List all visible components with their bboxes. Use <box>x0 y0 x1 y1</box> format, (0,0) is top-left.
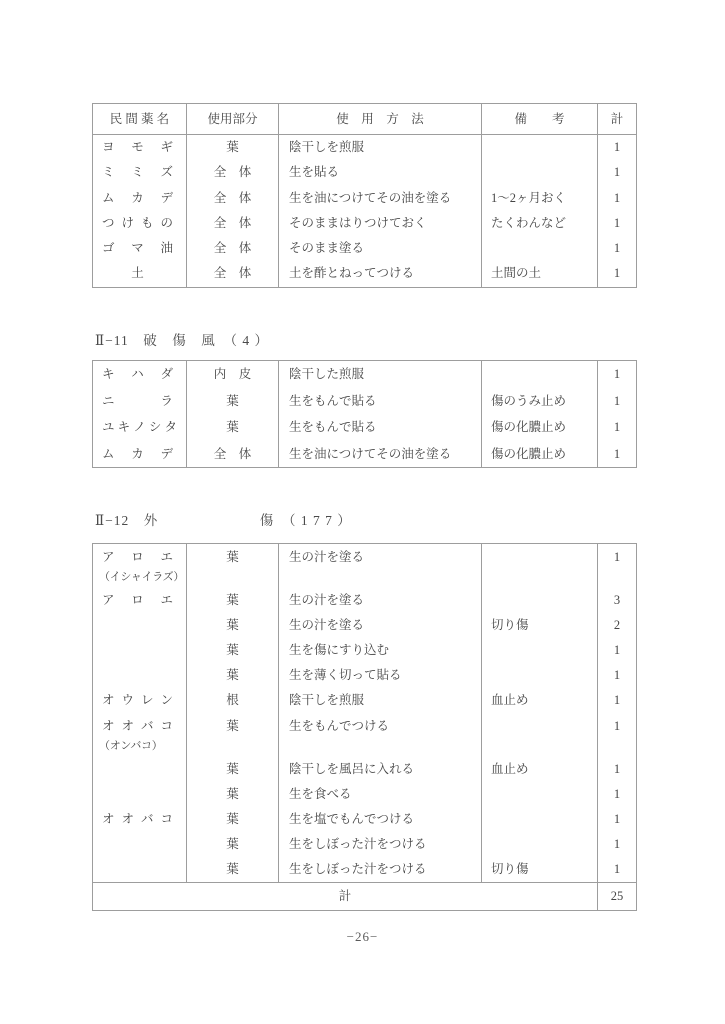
table-row: オ オ バ コ 葉 生を塩でもんでつける 1 <box>93 807 636 832</box>
used-part-cell: 葉 <box>186 544 278 588</box>
table-row: 葉 生を食べる 1 <box>93 782 636 807</box>
table-row: 葉 生をしぼった汁をつける 切り傷 1 <box>93 857 636 882</box>
drug-name-cell: 土 <box>93 261 186 286</box>
count-cell: 1 <box>597 638 636 663</box>
remarks-cell <box>481 160 597 185</box>
external-wounds-table: ア ロ エ （イシャイラズ） 葉 生の汁を塗る 1 ア ロ エ 葉 生の汁を塗る… <box>92 543 637 911</box>
header-usage-method: 使 用 方 法 <box>278 104 481 134</box>
count-cell: 1 <box>597 663 636 688</box>
usage-method-cell: 生の汁を塗る <box>278 544 481 588</box>
remarks-cell <box>481 663 597 688</box>
section-title-tetanus: Ⅱ−11 破 傷 風 （ 4 ） <box>95 329 269 349</box>
usage-method-cell: 土を酢とねってつける <box>278 261 481 286</box>
drug-alias-line: （イシャイラズ） <box>99 568 185 587</box>
used-part-cell: 葉 <box>186 832 278 857</box>
drug-name-cell <box>93 613 186 638</box>
count-cell: 1 <box>597 186 636 211</box>
count-cell: 1 <box>597 261 636 286</box>
drug-name-cell: ユ キ ノ シ タ <box>93 414 186 441</box>
table-row: 葉 陰干しを風呂に入れる 血止め 1 <box>93 757 636 782</box>
scanned-document-page: 民 間 薬 名 使用部分 使 用 方 法 備 考 計 ヨ モ ギ 葉 陰干しを煎… <box>0 0 725 1024</box>
usage-method-cell: そのままはりつけておく <box>278 211 481 236</box>
usage-method-cell: 陰干しを煎服 <box>278 688 481 713</box>
remarks-cell <box>481 832 597 857</box>
drug-name-cell: ム カ デ <box>93 186 186 211</box>
usage-method-cell: 生をしぼった汁をつける <box>278 857 481 882</box>
count-cell: 1 <box>597 757 636 782</box>
usage-method-cell: 生をもんで貼る <box>278 414 481 441</box>
count-cell: 1 <box>597 688 636 713</box>
count-cell: 1 <box>597 135 636 160</box>
usage-method-cell: 陰干しを煎服 <box>278 135 481 160</box>
usage-method-cell: 陰干した煎服 <box>278 361 481 388</box>
usage-method-cell: 生をもんでつける <box>278 713 481 757</box>
total-label-cell: 計 <box>93 883 597 910</box>
usage-method-cell: 生を食べる <box>278 782 481 807</box>
drug-name-cell: オ ウ レ ン <box>93 688 186 713</box>
table-row: 土 全 体 土を酢とねってつける 土間の土 1 <box>93 261 636 286</box>
remarks-cell: 傷のうみ止め <box>481 388 597 415</box>
section-title-external-wounds: Ⅱ−12 外 傷 （ 1 7 7 ） <box>95 509 352 529</box>
used-part-cell: 葉 <box>186 757 278 782</box>
count-cell: 1 <box>597 857 636 882</box>
usage-method-cell: 生を油につけてその油を塗る <box>278 186 481 211</box>
usage-method-cell: そのまま塗る <box>278 236 481 261</box>
remarks-cell <box>481 236 597 261</box>
drug-name-line: オ オ バ コ <box>102 717 173 736</box>
drug-name-line: ア ロ エ <box>102 548 173 567</box>
usage-method-cell: 生の汁を塗る <box>278 613 481 638</box>
used-part-cell: 葉 <box>186 388 278 415</box>
usage-method-cell: 生を塩でもんでつける <box>278 807 481 832</box>
table-row: ア ロ エ （イシャイラズ） 葉 生の汁を塗る 1 <box>93 544 636 588</box>
usage-method-cell: 生を傷にすり込む <box>278 638 481 663</box>
drug-name-cell <box>93 832 186 857</box>
remarks-cell: 切り傷 <box>481 857 597 882</box>
count-cell: 1 <box>597 414 636 441</box>
used-part-cell: 葉 <box>186 135 278 160</box>
table-row: 葉 生を傷にすり込む 1 <box>93 638 636 663</box>
used-part-cell: 内 皮 <box>186 361 278 388</box>
usage-method-cell: 生を薄く切って貼る <box>278 663 481 688</box>
table-row: キ ハ ダ 内 皮 陰干した煎服 1 <box>93 361 636 388</box>
table-row: ヨ モ ギ 葉 陰干しを煎服 1 <box>93 135 636 160</box>
drug-name-cell <box>93 663 186 688</box>
usage-method-cell: 生の汁を塗る <box>278 588 481 613</box>
drug-name-cell: つ け も の <box>93 211 186 236</box>
drug-name-cell: キ ハ ダ <box>93 361 186 388</box>
remarks-cell: 血止め <box>481 757 597 782</box>
drug-name-cell: ニ ラ <box>93 388 186 415</box>
used-part-cell: 葉 <box>186 638 278 663</box>
used-part-cell: 葉 <box>186 857 278 882</box>
used-part-cell: 葉 <box>186 782 278 807</box>
usage-method-cell: 生を貼る <box>278 160 481 185</box>
table-row: 葉 生をしぼった汁をつける 1 <box>93 832 636 857</box>
remarks-cell <box>481 544 597 588</box>
drug-name-cell: ミ ミ ズ <box>93 160 186 185</box>
count-cell: 1 <box>597 236 636 261</box>
remarks-cell: 傷の化膿止め <box>481 414 597 441</box>
count-cell: 1 <box>597 211 636 236</box>
table-row: ミ ミ ズ 全 体 生を貼る 1 <box>93 160 636 185</box>
drug-name-cell <box>93 782 186 807</box>
page-number: −26− <box>0 929 725 945</box>
drug-name-cell: ア ロ エ （イシャイラズ） <box>93 544 186 588</box>
drug-name-cell <box>93 757 186 782</box>
drug-name-cell: オ オ バ コ （オンバコ） <box>93 713 186 757</box>
remarks-cell: 血止め <box>481 688 597 713</box>
usage-method-cell: 生を油につけてその油を塗る <box>278 441 481 468</box>
table-row: ア ロ エ 葉 生の汁を塗る 3 <box>93 588 636 613</box>
table-row: オ オ バ コ （オンバコ） 葉 生をもんでつける 1 <box>93 713 636 757</box>
used-part-cell: 葉 <box>186 588 278 613</box>
remarks-cell: 1〜2ヶ月おく <box>481 186 597 211</box>
table-header-row: 民 間 薬 名 使用部分 使 用 方 法 備 考 計 <box>93 104 636 135</box>
count-cell: 1 <box>597 544 636 588</box>
total-row: 計 25 <box>93 882 636 910</box>
remarks-cell <box>481 135 597 160</box>
count-cell: 2 <box>597 613 636 638</box>
drug-name-cell: ム カ デ <box>93 441 186 468</box>
remarks-cell: 切り傷 <box>481 613 597 638</box>
used-part-cell: 全 体 <box>186 211 278 236</box>
remarks-cell <box>481 782 597 807</box>
remarks-cell <box>481 638 597 663</box>
count-cell: 1 <box>597 713 636 757</box>
usage-method-cell: 生をしぼった汁をつける <box>278 832 481 857</box>
drug-alias-line: （オンバコ） <box>99 737 185 756</box>
drug-name-cell: ア ロ エ <box>93 588 186 613</box>
remarks-cell: 傷の化膿止め <box>481 441 597 468</box>
total-value-cell: 25 <box>597 883 636 910</box>
table-row: ム カ デ 全 体 生を油につけてその油を塗る 1〜2ヶ月おく 1 <box>93 186 636 211</box>
header-drug-name: 民 間 薬 名 <box>93 104 186 134</box>
table-row: ユ キ ノ シ タ 葉 生をもんで貼る 傷の化膿止め 1 <box>93 414 636 441</box>
used-part-cell: 全 体 <box>186 160 278 185</box>
count-cell: 1 <box>597 388 636 415</box>
usage-method-cell: 生をもんで貼る <box>278 388 481 415</box>
table-row: 葉 生の汁を塗る 切り傷 2 <box>93 613 636 638</box>
count-cell: 1 <box>597 807 636 832</box>
drug-name-cell: ゴ マ 油 <box>93 236 186 261</box>
folk-remedies-table-1: 民 間 薬 名 使用部分 使 用 方 法 備 考 計 ヨ モ ギ 葉 陰干しを煎… <box>92 103 637 288</box>
drug-name-cell: オ オ バ コ <box>93 807 186 832</box>
remarks-cell <box>481 361 597 388</box>
used-part-cell: 全 体 <box>186 261 278 286</box>
header-remarks: 備 考 <box>481 104 597 134</box>
table-row: ゴ マ 油 全 体 そのまま塗る 1 <box>93 236 636 261</box>
remarks-cell <box>481 807 597 832</box>
drug-name-cell <box>93 638 186 663</box>
used-part-cell: 葉 <box>186 414 278 441</box>
used-part-cell: 全 体 <box>186 441 278 468</box>
table-row: つ け も の 全 体 そのままはりつけておく たくわんなど 1 <box>93 211 636 236</box>
used-part-cell: 根 <box>186 688 278 713</box>
table-row: ニ ラ 葉 生をもんで貼る 傷のうみ止め 1 <box>93 388 636 415</box>
table-row: 葉 生を薄く切って貼る 1 <box>93 663 636 688</box>
used-part-cell: 葉 <box>186 713 278 757</box>
drug-name-cell <box>93 857 186 882</box>
count-cell: 1 <box>597 832 636 857</box>
header-used-part: 使用部分 <box>186 104 278 134</box>
count-cell: 1 <box>597 361 636 388</box>
count-cell: 3 <box>597 588 636 613</box>
count-cell: 1 <box>597 782 636 807</box>
used-part-cell: 全 体 <box>186 186 278 211</box>
header-count: 計 <box>597 104 636 134</box>
used-part-cell: 葉 <box>186 613 278 638</box>
remarks-cell: たくわんなど <box>481 211 597 236</box>
used-part-cell: 葉 <box>186 663 278 688</box>
table-row: ム カ デ 全 体 生を油につけてその油を塗る 傷の化膿止め 1 <box>93 441 636 468</box>
tetanus-table: キ ハ ダ 内 皮 陰干した煎服 1 ニ ラ 葉 生をもんで貼る 傷のうみ止め … <box>92 360 637 468</box>
used-part-cell: 全 体 <box>186 236 278 261</box>
remarks-cell: 土間の土 <box>481 261 597 286</box>
count-cell: 1 <box>597 441 636 468</box>
remarks-cell <box>481 713 597 757</box>
remarks-cell <box>481 588 597 613</box>
table-row: オ ウ レ ン 根 陰干しを煎服 血止め 1 <box>93 688 636 713</box>
used-part-cell: 葉 <box>186 807 278 832</box>
drug-name-cell: ヨ モ ギ <box>93 135 186 160</box>
usage-method-cell: 陰干しを風呂に入れる <box>278 757 481 782</box>
count-cell: 1 <box>597 160 636 185</box>
